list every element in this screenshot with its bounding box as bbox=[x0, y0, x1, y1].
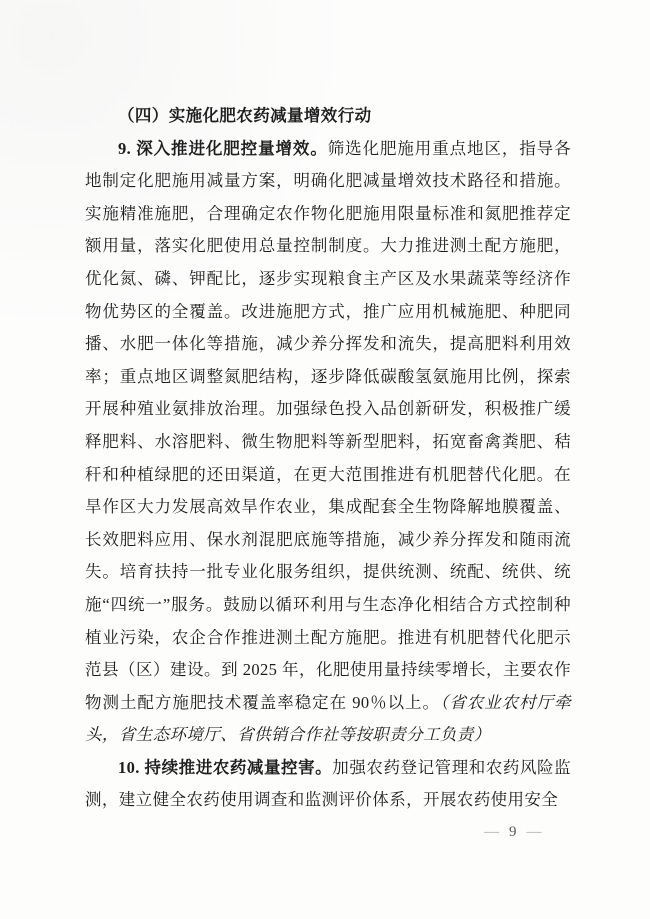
footer-dash-right: — bbox=[527, 824, 542, 840]
document-page: （四）实施化肥农药减量增效行动 9. 深入推进化肥控量增效。筛选化肥施用重点地区… bbox=[0, 0, 650, 919]
footer-dash-left: — bbox=[484, 824, 499, 840]
document-body: （四）实施化肥农药减量增效行动 9. 深入推进化肥控量增效。筛选化肥施用重点地区… bbox=[85, 100, 571, 817]
item-9-lead: 9. 深入推进化肥控量增效。 bbox=[118, 139, 328, 158]
paragraph-item-10: 10. 持续推进农药减量控害。加强农药登记管理和农药风险监测，建立健全农药使用调… bbox=[85, 752, 571, 817]
paragraph-item-9: 9. 深入推进化肥控量增效。筛选化肥施用重点地区，指导各地制定化肥施用减量方案，… bbox=[85, 133, 571, 752]
section-heading: （四）实施化肥农药减量增效行动 bbox=[85, 100, 571, 133]
page-number: 9 bbox=[509, 824, 517, 840]
page-footer: —9— bbox=[484, 822, 542, 842]
item-10-lead: 10. 持续推进农药减量控害。 bbox=[118, 758, 332, 777]
item-9-body-text: 筛选化肥施用重点地区，指导各地制定化肥施用减量方案，明确化肥减量增效技术路径和措… bbox=[85, 139, 571, 712]
